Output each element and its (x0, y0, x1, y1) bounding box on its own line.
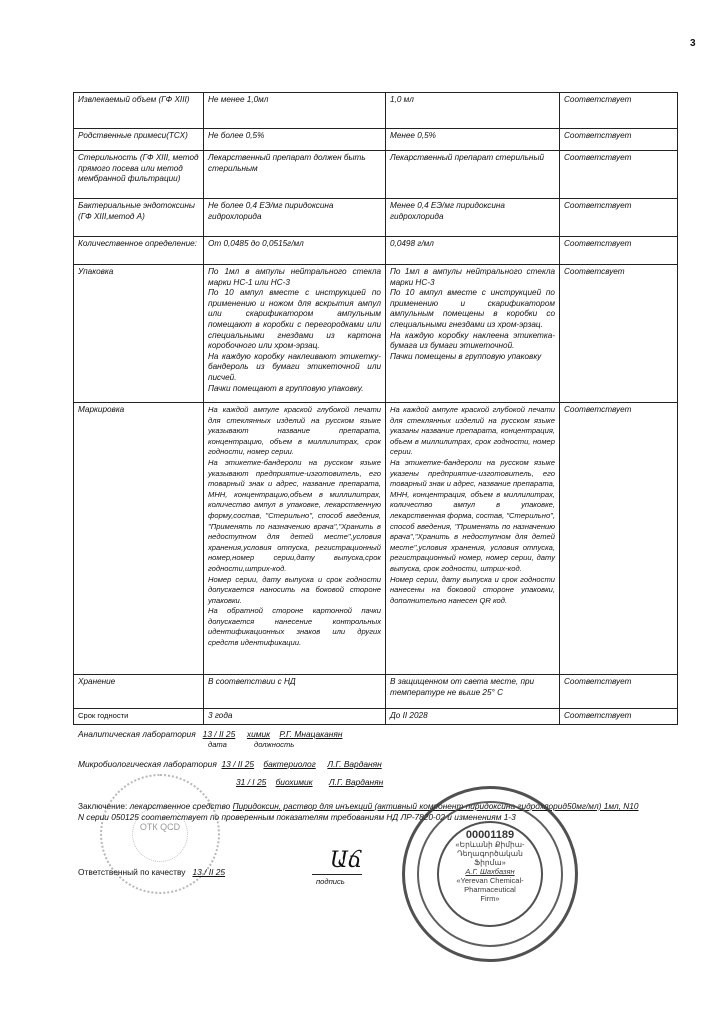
param-cell: Родственные примеси(ТСХ) (74, 129, 204, 151)
norm-cell: На каждой ампуле краской глубокой печати… (204, 403, 386, 675)
person-name: Р.Г. Мнацаканян (279, 729, 342, 739)
seal-line: «Երևանի Քիմիա- (439, 840, 541, 849)
conclusion-cell: Соответствует (560, 199, 678, 237)
param-cell: Количественное определение: (74, 237, 204, 265)
date-label: дата (208, 740, 227, 749)
position: химик (247, 729, 270, 739)
text-line: На этикетке-бандероли на русском языке у… (390, 458, 555, 575)
param-cell: Срок годности (74, 709, 204, 725)
text-line: Пачки помещены в групповую упаковку (390, 352, 555, 363)
conclusion-cell: Соответствует (560, 129, 678, 151)
result-cell: На каждой ампуле краской глубокой печати… (386, 403, 560, 675)
seal-line: Դեղագործական (439, 849, 541, 858)
seal-line: Pharmaceutical (439, 885, 541, 894)
handwritten-signature-icon: Աճ (330, 848, 362, 873)
text-line: По 10 ампул вместе с инструкцией по прим… (208, 288, 381, 352)
table-row: Упаковка По 1мл в ампулы нейтрального ст… (74, 265, 678, 403)
date: 31 / I 25 (236, 777, 266, 787)
table-row: Стерильность (ГФ XIII, метод прямого пос… (74, 151, 678, 199)
conclusion-cell: Соответствует (560, 151, 678, 199)
conclusion-cell: Соответсвует (560, 265, 678, 403)
text-line: Номер серии, дату выпуска и срок годност… (390, 575, 555, 607)
seal-signer: А.Г. Шахбазян (439, 867, 541, 876)
conclusion-block: Заключение: лекарственное средство Пирид… (78, 801, 678, 823)
text-line: На каждой ампуле краской глубокой печати… (390, 405, 555, 458)
param-cell: Бактериальные эндотоксины (ГФ XIII,метод… (74, 199, 204, 237)
company-seal-stamp: 00001189 «Երևանի Քիմիա- Դեղագործական Ֆիր… (402, 786, 578, 962)
lab-name: Микробиологическая лаборатория (78, 759, 217, 769)
norm-cell: Не более 0,5% (204, 129, 386, 151)
table-row: Количественное определение: От 0,0485 до… (74, 237, 678, 265)
signature-line (312, 874, 362, 875)
table-row: Хранение В соответствии с НД В защищенно… (74, 675, 678, 709)
table-row: Извлекаемый объем (ГФ XIII) Не менее 1,0… (74, 93, 678, 129)
param-cell: Стерильность (ГФ XIII, метод прямого пос… (74, 151, 204, 199)
lab-name: Аналитическая лаборатория (78, 729, 196, 739)
position-label: должность (254, 740, 294, 749)
conclusion-cell: Соответствует (560, 709, 678, 725)
position: бактериолог (263, 759, 315, 769)
result-cell: По 1мл в ампулы нейтрального стекла марк… (386, 265, 560, 403)
seal-line: «Yerevan Chemical- (439, 876, 541, 885)
result-cell: Лекарственный препарат стерильный (386, 151, 560, 199)
specification-table: Извлекаемый объем (ГФ XIII) Не менее 1,0… (73, 92, 678, 725)
norm-cell: Не менее 1,0мл (204, 93, 386, 129)
micro-lab-signature: Микробиологическая лаборатория 13 / II 2… (78, 759, 382, 769)
result-cell: Менее 0,5% (386, 129, 560, 151)
param-cell: Упаковка (74, 265, 204, 403)
result-cell: Менее 0,4 ЕЭ/мг пиридоксина гидрохлорида (386, 199, 560, 237)
norm-cell: Лекарственный препарат должен быть стери… (204, 151, 386, 199)
text-line: На каждой ампуле краской глубокой печати… (208, 405, 381, 458)
conclusion-text: лекарственное средство (130, 801, 233, 811)
biochem-signature: 31 / I 25 биохимик Л.Г. Варданян (236, 777, 383, 787)
table-row: Маркировка На каждой ампуле краской глуб… (74, 403, 678, 675)
text-line: Пачки помещают в групповую упаковку. (208, 384, 381, 395)
norm-cell: Не более 0,4 ЕЭ/мг пиридоксина гидрохлор… (204, 199, 386, 237)
norm-cell: В соответствии с НД (204, 675, 386, 709)
table-row: Бактериальные эндотоксины (ГФ XIII,метод… (74, 199, 678, 237)
conclusion-cell: Соответствует (560, 93, 678, 129)
param-cell: Извлекаемый объем (ГФ XIII) (74, 93, 204, 129)
seal-number: 00001189 (439, 831, 541, 840)
responsible-signature: Ответственный по качеству 13 / II 25 (78, 867, 225, 877)
text-line: По 10 ампул вместе с инструкцией по прим… (390, 288, 555, 330)
position: биохимик (276, 777, 313, 787)
date: 13 / II 25 (221, 759, 254, 769)
analytical-lab-signature: Аналитическая лаборатория 13 / II 25 хим… (78, 729, 342, 739)
param-cell: Маркировка (74, 403, 204, 675)
text-line: На каждую коробку наклеивают этикетку-ба… (208, 352, 381, 384)
result-cell: 1,0 мл (386, 93, 560, 129)
text-line: По 1мл в ампулы нейтрального стекла марк… (390, 267, 555, 288)
text-line: На этикетке-бандероли на русском языке у… (208, 458, 381, 575)
person-name: Л.Г. Варданян (327, 759, 381, 769)
result-cell: 0,0498 г/мл (386, 237, 560, 265)
conclusion-cell: Соответствует (560, 403, 678, 675)
table-row: Срок годности 3 года До II 2028 Соответс… (74, 709, 678, 725)
text-line: На обратной стороне картонной пачки допу… (208, 606, 381, 648)
seal-line: Ֆիրմա» (439, 858, 541, 867)
norm-cell: По 1мл в ампулы нейтрального стекла марк… (204, 265, 386, 403)
seal-line: Firm» (439, 894, 541, 903)
conclusion-heading: Заключение: (78, 801, 127, 811)
signature-label: подпись (316, 877, 345, 886)
date: 13 / II 25 (192, 867, 225, 877)
conclusion-cell: Соответствует (560, 237, 678, 265)
seal-center: 00001189 «Երևանի Քիմիա- Դեղագործական Ֆիր… (437, 821, 543, 927)
page-number-mark: 3 (690, 38, 696, 49)
person-name: Л.Г. Варданян (329, 777, 383, 787)
table-row: Родственные примеси(ТСХ) Не более 0,5% М… (74, 129, 678, 151)
conclusion-cell: Соответствует (560, 675, 678, 709)
param-cell: Хранение (74, 675, 204, 709)
norm-cell: 3 года (204, 709, 386, 725)
responsible-label: Ответственный по качеству (78, 867, 185, 877)
text-line: На каждую коробку наклеена этикетка-бума… (390, 331, 555, 352)
date: 13 / II 25 (203, 729, 236, 739)
text-line: По 1мл в ампулы нейтрального стекла марк… (208, 267, 381, 288)
norm-cell: От 0,0485 до 0,0515г/мл (204, 237, 386, 265)
text-line: Номер серии, дату выпуска и срок годност… (208, 575, 381, 607)
result-cell: До II 2028 (386, 709, 560, 725)
result-cell: В защищенном от света месте, при темпера… (386, 675, 560, 709)
